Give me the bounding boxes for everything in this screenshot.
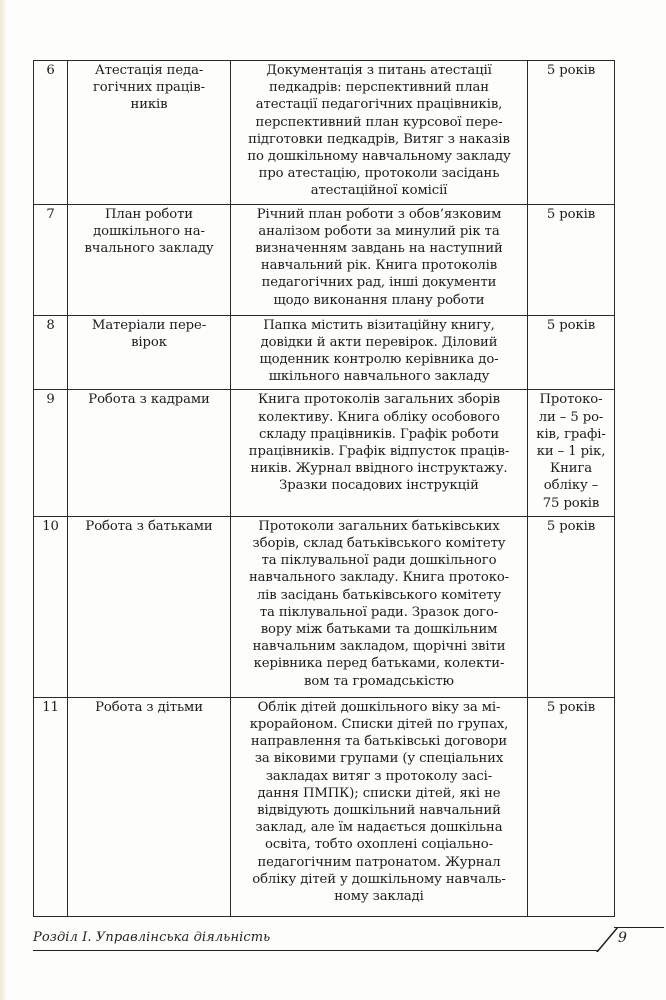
retention-term: 5 років xyxy=(528,697,615,916)
section-name: Робота з кадрами xyxy=(68,390,231,516)
table-row: 7 План роботи дошкільного на- вчального … xyxy=(34,204,615,315)
retention-term: 5 років xyxy=(528,315,615,390)
table-row: 8 Матеріали пере- вірок Папка містить ві… xyxy=(34,315,615,390)
page-edge-shade xyxy=(0,0,6,1000)
table-row: 11 Робота з дітьми Облік дітей дошкільно… xyxy=(34,697,615,916)
table-row: 6 Атестація педа- гогічних праців- ників… xyxy=(34,61,615,205)
row-number: 8 xyxy=(34,315,68,390)
documents-description: Облік дітей дошкільного віку за мі- крор… xyxy=(231,697,528,916)
retention-term: 5 років xyxy=(528,516,615,697)
section-name: Робота з дітьми xyxy=(68,697,231,916)
section-name: План роботи дошкільного на- вчального за… xyxy=(68,204,231,315)
documents-description: Річний план роботи з обов’язковим аналіз… xyxy=(231,204,528,315)
documents-description: Книга протоколів загальних зборів колект… xyxy=(231,390,528,516)
retention-term: 5 років xyxy=(528,61,615,205)
row-number: 11 xyxy=(34,697,68,916)
page-number: 9 xyxy=(618,930,627,946)
row-number: 7 xyxy=(34,204,68,315)
documents-description: Документація з питань атестації педкадрі… xyxy=(231,61,528,205)
row-number: 9 xyxy=(34,390,68,516)
table-row: 10 Робота з батьками Протоколи загальних… xyxy=(34,516,615,697)
footer-slant-divider xyxy=(596,928,618,952)
table-row: 9 Робота з кадрами Книга протоколів зага… xyxy=(34,390,615,516)
section-name: Атестація педа- гогічних праців- ників xyxy=(68,61,231,205)
documents-description: Протоколи загальних батьківських зборів,… xyxy=(231,516,528,697)
row-number: 10 xyxy=(34,516,68,697)
footer-rule xyxy=(33,950,599,951)
records-retention-table: 6 Атестація педа- гогічних праців- ників… xyxy=(33,60,615,917)
retention-term: Протоко- ли – 5 ро- ків, графі- ки – 1 р… xyxy=(528,390,615,516)
footer-page-rule xyxy=(614,927,664,928)
section-name: Робота з батьками xyxy=(68,516,231,697)
section-name: Матеріали пере- вірок xyxy=(68,315,231,390)
documents-description: Папка містить візитаційну книгу, довідки… xyxy=(231,315,528,390)
section-title: Розділ I. Управлінська діяльність xyxy=(33,930,270,945)
row-number: 6 xyxy=(34,61,68,205)
page-footer: Розділ I. Управлінська діяльність 9 xyxy=(33,926,633,956)
retention-term: 5 років xyxy=(528,204,615,315)
